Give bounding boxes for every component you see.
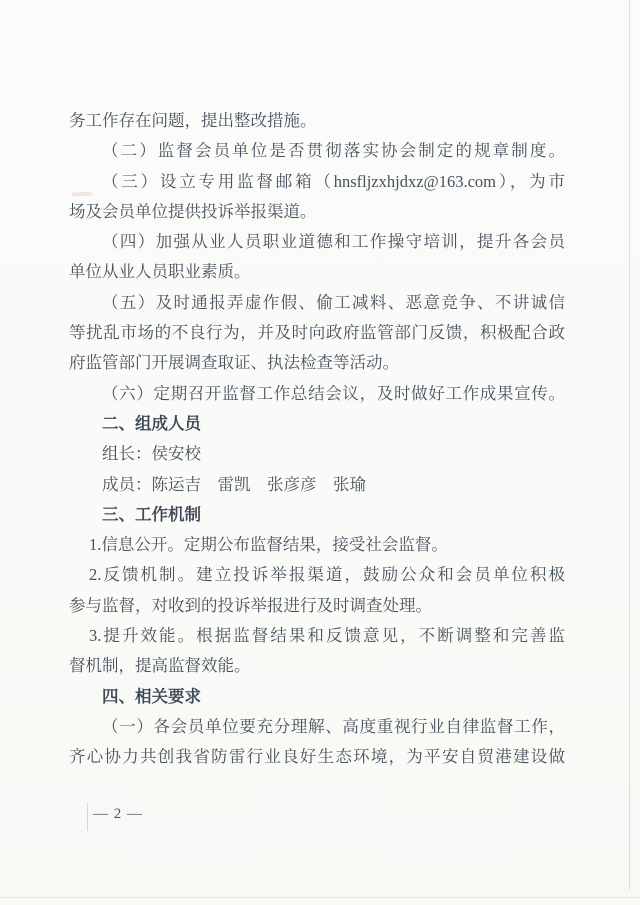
body-line: 齐心协力共创我省防雷行业良好生态环境，为平安自贸港建设做 [69,742,565,772]
section-heading: 二、组成人员 [69,409,565,439]
section-heading: 三、工作机制 [69,500,565,530]
body-line: 等扰乱市场的不良行为，并及时向政府监管部门反馈，积极配合政 [69,318,565,348]
body-line: （四）加强从业人员职业道德和工作操守培训，提升各会员 [69,227,565,257]
body-line: 场及会员单位提供投诉举报渠道。 [69,197,565,227]
body-line: 督机制，提高监督效能。 [69,651,565,681]
body-line: 组长：侯安校 [69,439,565,469]
scan-artifact-mark [87,803,88,831]
body-line: （六）定期召开监督工作总结会议，及时做好工作成果宣传。 [69,379,565,409]
scanned-document-page: 务工作存在问题，提出整改措施。 （二）监督会员单位是否贯彻落实协会制定的规章制度… [0,0,640,905]
body-line: 2.反馈机制。建立投诉举报渠道，鼓励公众和会员单位积极 [69,560,565,590]
document-body: 务工作存在问题，提出整改措施。 （二）监督会员单位是否贯彻落实协会制定的规章制度… [69,106,565,773]
page-number: — 2 — [93,806,143,823]
body-line: 府监管部门开展调查取证、执法检查等活动。 [69,348,565,378]
page-edge-bottom [0,897,640,898]
body-line: 成员：陈运吉 雷凯 张彦彦 张瑜 [69,470,565,500]
body-line: 参与监督，对收到的投诉举报进行及时调查处理。 [69,591,565,621]
body-line: （二）监督会员单位是否贯彻落实协会制定的规章制度。 [69,136,565,166]
section-heading: 四、相关要求 [69,682,565,712]
body-line: 单位从业人员职业素质。 [69,257,565,287]
body-line: 3.提升效能。根据监督结果和反馈意见，不断调整和完善监 [69,621,565,651]
body-line: （三）设立专用监督邮箱（hnsfljzxhjdxz@163.com），为市 [69,167,565,197]
body-line: 务工作存在问题，提出整改措施。 [69,106,565,136]
body-line: （一）各会员单位要充分理解、高度重视行业自律监督工作， [69,712,565,742]
page-edge-right [629,0,630,890]
body-line: （五）及时通报弄虚作假、偷工减料、恶意竞争、不讲诚信 [69,288,565,318]
body-line: 1.信息公开。定期公布监督结果，接受社会监督。 [69,530,565,560]
